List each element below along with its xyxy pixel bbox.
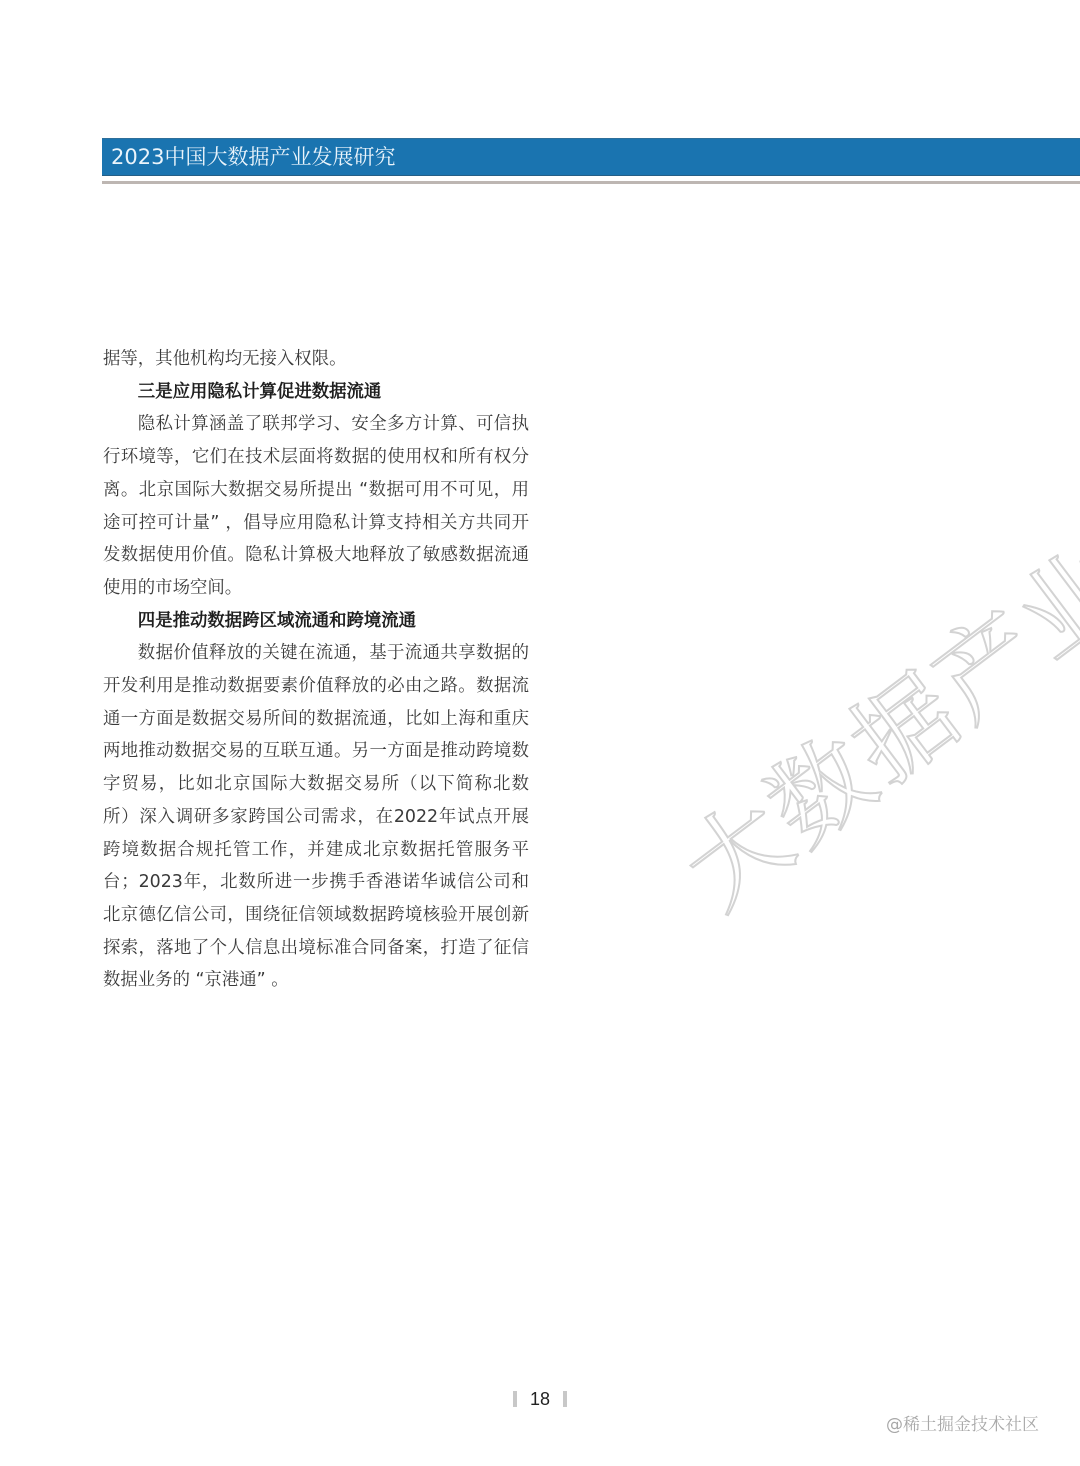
- section-heading-privacy-computing: 三是应用隐私计算促进数据流通: [103, 376, 529, 409]
- header-divider: [102, 181, 1080, 184]
- page-number-right-bar: [563, 1391, 567, 1407]
- page-number: 18: [513, 1386, 567, 1412]
- paragraph-privacy-computing: 隐私计算涵盖了联邦学习、安全多方计算、可信执行环境等，它们在技术层面将数据的使用…: [103, 408, 529, 604]
- background-watermark: 大数据产业: [650, 507, 1080, 935]
- paragraph-cross-border-flow: 数据价值释放的关键在流通，基于流通共享数据的开发利用是推动数据要素价值释放的必由…: [103, 637, 529, 997]
- report-header-band: 2023中国大数据产业发展研究: [102, 138, 1080, 176]
- article-body: 据等，其他机构均无接入权限。 三是应用隐私计算促进数据流通 隐私计算涵盖了联邦学…: [103, 343, 529, 997]
- page-number-value: 18: [530, 1389, 550, 1410]
- section-heading-cross-border-flow: 四是推动数据跨区域流通和跨境流通: [103, 605, 529, 638]
- paragraph-continuation: 据等，其他机构均无接入权限。: [103, 343, 529, 376]
- report-title: 2023中国大数据产业发展研究: [111, 144, 395, 170]
- page-number-left-bar: [513, 1391, 517, 1407]
- source-credit: @稀土掘金技术社区: [886, 1410, 1039, 1435]
